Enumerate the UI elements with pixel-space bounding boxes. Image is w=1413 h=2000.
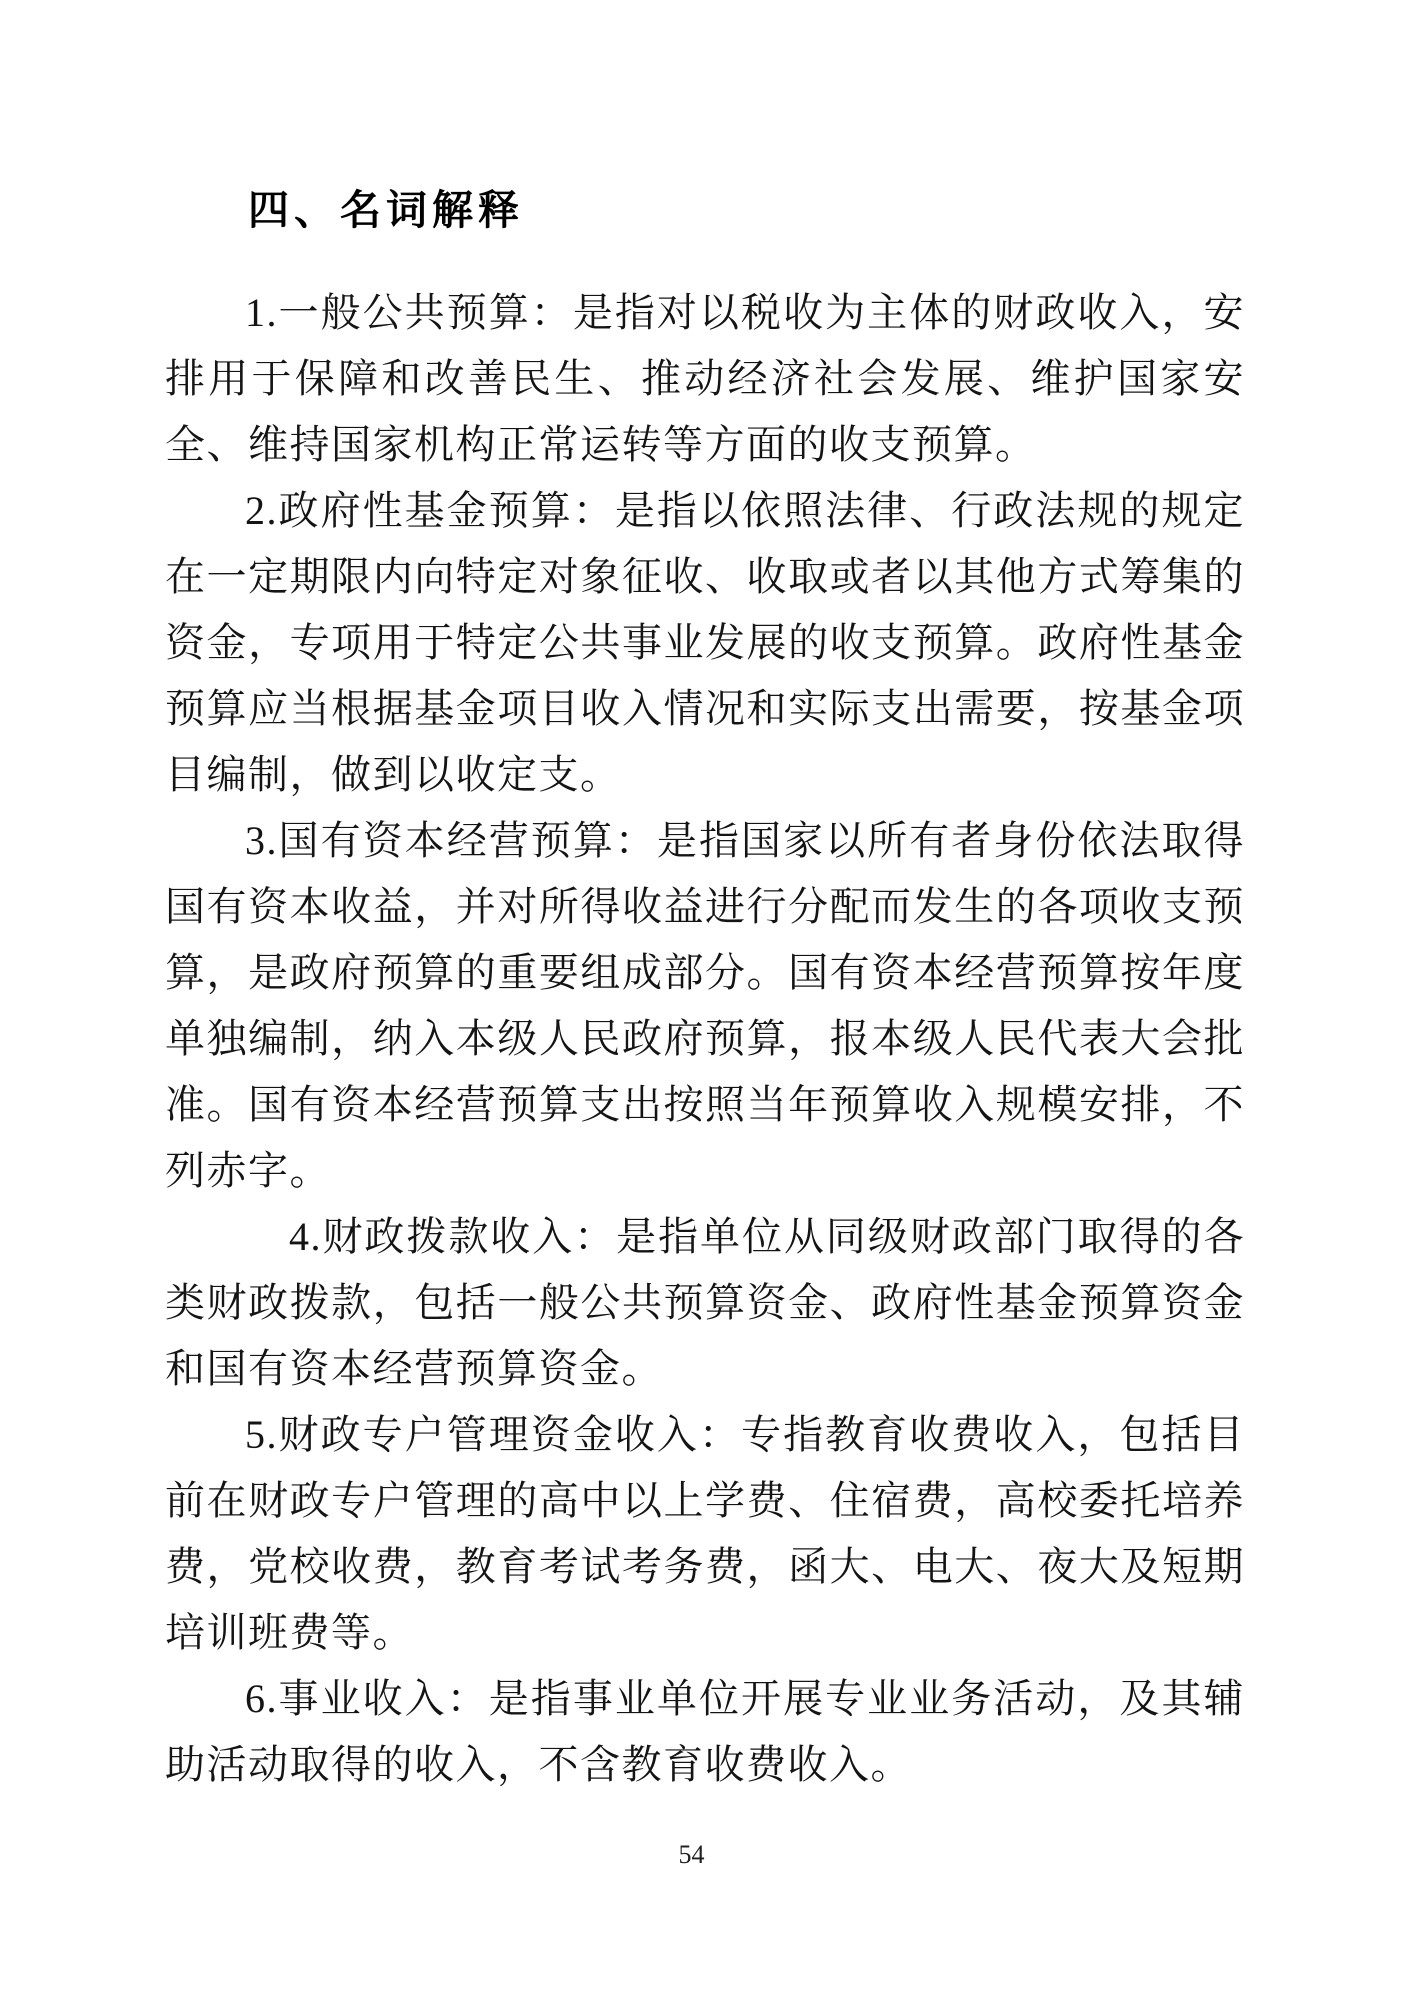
definition-paragraph-fiscal-special-account-income: 5.财政专户管理资金收入：专指教育收费收入，包括目前在财政专户管理的高中以上学费… [165,1402,1245,1666]
definition-paragraph-general-public-budget: 1.一般公共预算：是指对以税收为主体的财政收入，安排用于保障和改善民生、推动经济… [165,280,1245,478]
section-heading: 四、名词解释 [248,185,1245,235]
definition-paragraph-government-fund-budget: 2.政府性基金预算：是指以依照法律、行政法规的规定在一定期限内向特定对象征收、收… [165,478,1245,808]
page-number: 54 [0,1840,1383,1870]
document-content: 四、名词解释 1.一般公共预算：是指对以税收为主体的财政收入，安排用于保障和改善… [165,0,1245,1798]
definition-paragraph-fiscal-appropriation-income: 4.财政拨款收入：是指单位从同级财政部门取得的各类财政拨款，包括一般公共预算资金… [165,1204,1245,1402]
definition-paragraph-business-income: 6.事业收入：是指事业单位开展专业业务活动，及其辅助活动取得的收入，不含教育收费… [165,1666,1245,1798]
document-page: 四、名词解释 1.一般公共预算：是指对以税收为主体的财政收入，安排用于保障和改善… [0,0,1413,2000]
definition-paragraph-state-capital-budget: 3.国有资本经营预算：是指国家以所有者身份依法取得国有资本收益，并对所得收益进行… [165,808,1245,1204]
